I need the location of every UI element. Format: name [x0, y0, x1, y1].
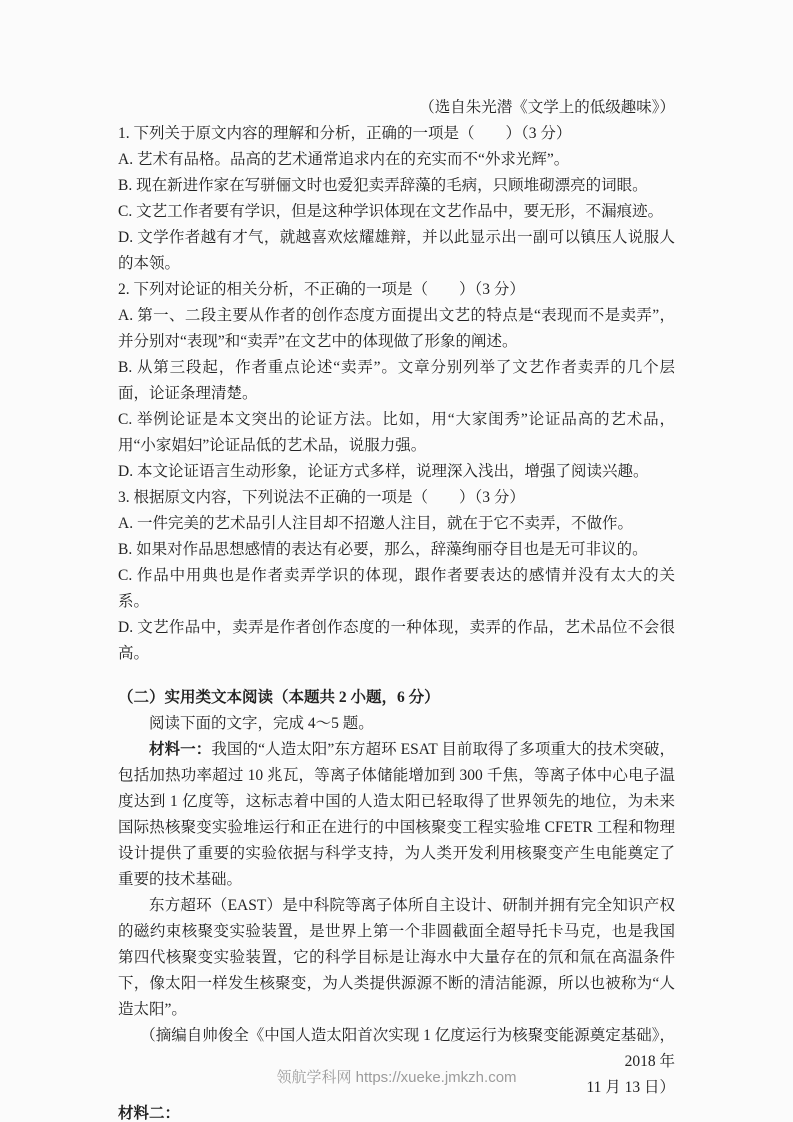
question-3: 3. 根据原文内容，下列说法不正确的一项是（ ）（3 分） A. 一件完美的艺术… [118, 485, 675, 667]
question-2-option-d: D. 本文论证语言生动形象，论证方式多样，说理深入浅出，增强了阅读兴趣。 [118, 459, 675, 485]
question-2-option-a: A. 第一、二段主要从作者的创作态度方面提出文艺的特点是“表现而不是卖弄”，并分… [118, 303, 675, 355]
exam-page: （选自朱光潜《文学上的低级趣味》） 1. 下列关于原文内容的理解和分析，正确的一… [118, 95, 675, 1122]
section-2-heading: （二）实用类文本阅读（本题共 2 小题，6 分） [118, 685, 675, 711]
question-3-option-a: A. 一件完美的艺术品引人注目却不招邀人注目，就在于它不卖弄，不做作。 [118, 511, 675, 537]
question-1-option-c: C. 文艺工作者要有学识，但是这种学识体现在文艺作品中，要无形，不漏痕迹。 [118, 199, 675, 225]
question-2-option-c: C. 举例论证是本文突出的论证方法。比如，用“大家闺秀”论证品高的艺术品，用“小… [118, 407, 675, 459]
question-1-stem: 1. 下列关于原文内容的理解和分析，正确的一项是（ ）（3 分） [118, 121, 675, 147]
question-2-stem: 2. 下列对论证的相关分析，不正确的一项是（ ）（3 分） [118, 277, 675, 303]
question-2: 2. 下列对论证的相关分析，不正确的一项是（ ）（3 分） A. 第一、二段主要… [118, 277, 675, 485]
question-1-option-d: D. 文学作者越有才气，就越喜欢炫耀雄辩，并以此显示出一副可以镇压人说服人的本领… [118, 225, 675, 277]
question-3-option-d: D. 文艺作品中，卖弄是作者创作态度的一种体现，卖弄的作品，艺术品位不会很高。 [118, 615, 675, 667]
question-3-stem: 3. 根据原文内容，下列说法不正确的一项是（ ）（3 分） [118, 485, 675, 511]
source-attribution: （选自朱光潜《文学上的低级趣味》） [118, 95, 675, 121]
question-2-option-b: B. 从第三段起，作者重点论述“卖弄”。文章分别列举了文艺作者卖弄的几个层面，论… [118, 355, 675, 407]
section-2: （二）实用类文本阅读（本题共 2 小题，6 分） 阅读下面的文字，完成 4～5 … [118, 685, 675, 1122]
material-1-paragraph-1-text: 我国的“人造太阳”东方超环 ESAT 目前取得了多项重大的技术突破，包括加热功率… [118, 741, 675, 888]
material-2-label: 材料二： [118, 1101, 675, 1122]
watermark-footer: 领航学科网 https://xueke.jmkzh.com [0, 1066, 793, 1090]
question-1-option-a: A. 艺术有品格。品高的艺术通常追求内在的充实而不“外求光辉”。 [118, 147, 675, 173]
question-1: 1. 下列关于原文内容的理解和分析，正确的一项是（ ）（3 分） A. 艺术有品… [118, 121, 675, 277]
question-3-option-c: C. 作品中用典也是作者卖弄学识的体现，跟作者要表达的感情并没有太大的关系。 [118, 563, 675, 615]
question-1-option-b: B. 现在新进作家在写骈俪文时也爱犯卖弄辞藻的毛病，只顾堆砌漂亮的词眼。 [118, 173, 675, 199]
material-1-paragraph-2: 东方超环（EAST）是中科院等离子体所自主设计、研制并拥有完全知识产权的磁约束核… [118, 893, 675, 1023]
material-1-paragraph-1: 材料一：我国的“人造太阳”东方超环 ESAT 目前取得了多项重大的技术突破，包括… [118, 737, 675, 893]
section-2-intro: 阅读下面的文字，完成 4～5 题。 [118, 711, 675, 737]
question-3-option-b: B. 如果对作品思想感情的表达有必要，那么，辞藻绚丽夺目也是无可非议的。 [118, 537, 675, 563]
material-1-label: 材料一： [149, 741, 211, 758]
